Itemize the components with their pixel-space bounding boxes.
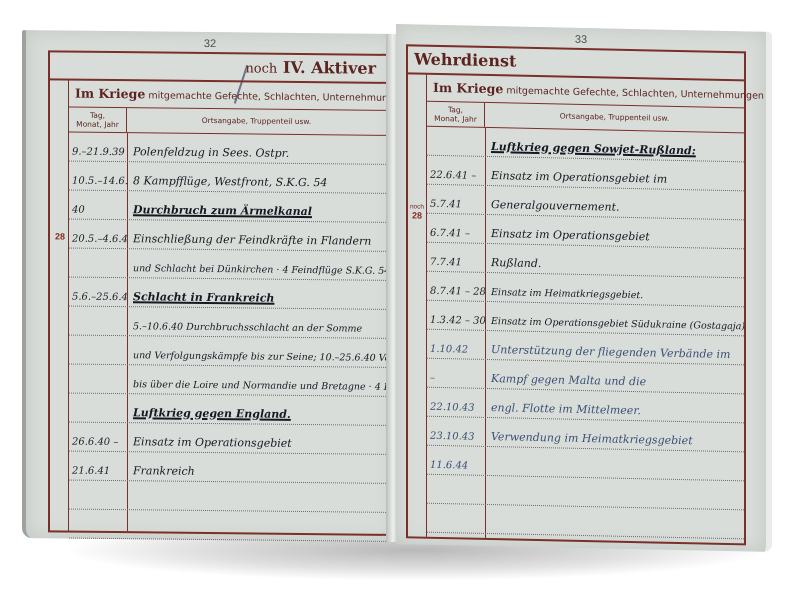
page-frame: Wehrdienst noch 28 Im Kriege mitgemachte…	[406, 44, 746, 545]
page-number: 32	[26, 36, 394, 52]
entry-text: 5.–10.6.40 Durchbruchsschlacht an der So…	[127, 321, 386, 338]
page-title: noch IV. Aktiver	[50, 52, 386, 84]
date-header-line2: Monat, Jahr	[69, 120, 126, 130]
entry-text: Polenfeldzug in Sees. Ostpr.	[127, 145, 386, 164]
date-column-header: Tag, Monat, Jahr	[427, 102, 485, 127]
column-headers: Tag, Monat, Jahr Ortsangabe, Truppenteil…	[69, 108, 386, 136]
entry-date	[69, 274, 127, 278]
place-column-header: Ortsangabe, Truppenteil usw.	[127, 108, 386, 135]
entry-date	[69, 506, 127, 510]
left-page: 32 noch IV. Aktiver 28 Im Kriege mitgema…	[22, 30, 394, 542]
entry-text: bis über die Loire und Normandie und Bre…	[127, 379, 386, 396]
title-text: IV. Aktiver	[283, 58, 376, 78]
entry-date: 7.7.41	[427, 257, 485, 272]
table-row: 5.–10.6.40 Durchbruchsschlacht an der So…	[69, 307, 386, 339]
section-heading-rest: mitgemachte Gefechte, Schlachten, Untern…	[506, 85, 764, 101]
table: noch 28 Im Kriege mitgemachte Gefechte, …	[426, 75, 744, 544]
table-row: 5.6.–25.6.40Schlacht in Frankreich	[69, 278, 386, 310]
entry-date: –	[427, 373, 485, 388]
entry-date: 5.6.–25.6.40	[69, 292, 127, 307]
entry-text: Luftkrieg gegen England.	[127, 406, 386, 425]
entry-date: 23.10.43	[427, 431, 485, 446]
date-column-header: Tag, Monat, Jahr	[69, 108, 127, 133]
entry-text: Frankreich	[127, 464, 386, 483]
entry-date: 20.5.–4.6.40	[69, 234, 127, 249]
right-page: 33 Wehrdienst noch 28 Im Kriege mitgemac…	[396, 24, 772, 552]
table-row: Luftkrieg gegen England.	[69, 394, 386, 426]
table-row: bis über die Loire und Normandie und Bre…	[69, 365, 386, 397]
section-heading-rest: mitgemachte Gefechte, Schlachten, Untern…	[148, 90, 406, 104]
entry-date	[69, 535, 127, 539]
table-row: und Verfolgungskämpfe bis zur Seine; 10.…	[69, 336, 386, 368]
table-row: 26.6.40 –Einsatz im Operationsgebiet	[69, 423, 386, 455]
entry-date: 21.6.41	[69, 466, 127, 481]
table-row: 9.–21.9.39Polenfeldzug in Sees. Ostpr.	[69, 133, 386, 165]
entry-text: Schlacht in Frankreich	[127, 290, 386, 309]
entry-date	[69, 332, 127, 336]
entry-date: 1.10.42	[427, 344, 485, 359]
table-row: 40Durchbruch zum Ärmelkanal	[69, 191, 386, 223]
entry-date: 40	[69, 205, 127, 220]
date-header-line2: Monat, Jahr	[427, 114, 484, 124]
entry-text: Durchbruch zum Ärmelkanal	[127, 203, 386, 222]
entry-date: 1.3.42 – 30.9.42	[427, 315, 485, 330]
entry-text: 8 Kampfflüge, Westfront, S.K.G. 54	[127, 174, 386, 193]
section-heading: Im Kriege mitgemachte Gefechte, Schlacht…	[69, 81, 386, 111]
margin-number: noch 28	[407, 202, 427, 220]
entry-date	[69, 390, 127, 394]
entry-date	[69, 361, 127, 365]
entry-date: 11.6.44	[427, 460, 485, 475]
entry-text	[485, 530, 744, 538]
table-row: 10.5.–14.6.8 Kampfflüge, Westfront, S.K.…	[69, 162, 386, 194]
table-row	[69, 510, 386, 542]
entry-date: 9.–21.9.39	[69, 147, 127, 162]
table: 28 Im Kriege mitgemachte Gefechte, Schla…	[68, 81, 386, 534]
margin-number-value: 28	[412, 210, 422, 220]
entry-text: Einsatz im Operationsgebiet	[127, 435, 386, 454]
page-frame: noch IV. Aktiver 28 Im Kriege mitgemacht…	[48, 50, 388, 536]
entry-text: und Schlacht bei Dünkirchen · 4 Feindflü…	[127, 263, 386, 280]
margin-number: 28	[51, 232, 69, 241]
entry-text: Einschließung der Feindkräfte in Flander…	[127, 232, 386, 251]
table-row	[427, 504, 744, 540]
entry-rows: Luftkrieg gegen Sowjet-Rußland:22.6.41 –…	[427, 127, 744, 544]
section-heading-bold: Im Kriege	[75, 86, 145, 102]
entry-date	[69, 419, 127, 423]
title-prefix: noch	[245, 61, 277, 76]
entry-date: 5.7.41	[427, 199, 485, 214]
entry-date: 8.7.41 – 28.2.42	[427, 286, 485, 301]
entry-date: 22.6.41 –	[427, 170, 485, 185]
entry-date: 10.5.–14.6.	[69, 176, 127, 191]
section-heading-bold: Im Kriege	[433, 80, 503, 96]
table-row	[69, 481, 386, 513]
entry-date: 6.7.41 –	[427, 228, 485, 243]
entry-text: und Verfolgungskämpfe bis zur Seine; 10.…	[127, 350, 386, 367]
table-row: 21.6.41Frankreich	[69, 452, 386, 484]
entry-date	[427, 529, 485, 533]
table-row: und Schlacht bei Dünkirchen · 4 Feindflü…	[69, 249, 386, 281]
entry-date: 22.10.43	[427, 402, 485, 417]
entry-date: 26.6.40 –	[69, 437, 127, 452]
entry-rows: 9.–21.9.39Polenfeldzug in Sees. Ostpr.10…	[69, 133, 386, 534]
table-row: 20.5.–4.6.40Einschließung der Feindkräft…	[69, 220, 386, 252]
